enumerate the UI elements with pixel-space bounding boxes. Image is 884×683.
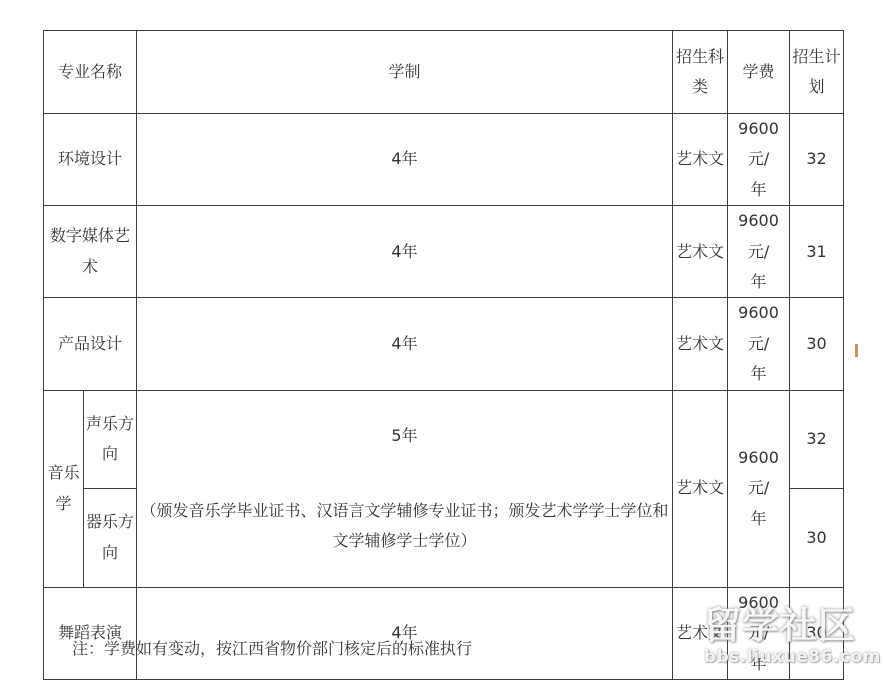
col-header-tuition: 学费 [728, 31, 790, 114]
cell-duration: 4年 [137, 587, 673, 679]
cell-category: 艺术文 [673, 206, 728, 298]
cell-plan: 30 [790, 298, 844, 390]
cell-major: 环境设计 [44, 114, 137, 206]
cell-category: 艺术文 [673, 587, 728, 679]
cell-plan: 30 [790, 587, 844, 679]
cell-category: 艺术文 [673, 298, 728, 390]
cell-tuition: 9600元/ 年 [728, 298, 790, 390]
table-row: 数字媒体艺 术 4年 艺术文 9600元/ 年 31 [44, 206, 844, 298]
col-header-duration: 学制 [137, 31, 673, 114]
cell-tuition: 9600元/ 年 [728, 390, 790, 587]
admissions-table: 专业名称 学制 招生科 类 学费 招生计 划 环境设计 4年 艺术文 9600元… [43, 30, 844, 680]
duration-note: （颁发音乐学毕业证书、汉语言文学辅修专业证书；颁发艺术学学士学位和 文学辅修学士… [139, 496, 670, 557]
cell-tuition: 9600元/ 年 [728, 114, 790, 206]
header-row: 专业名称 学制 招生科 类 学费 招生计 划 [44, 31, 844, 114]
cell-duration: 4年 [137, 298, 673, 390]
cell-major-group: 音乐 学 [44, 390, 84, 587]
cell-plan: 32 [790, 114, 844, 206]
cell-category: 艺术文 [673, 390, 728, 587]
table-row: 音乐 学 声乐方 向 5年 （颁发音乐学毕业证书、汉语言文学辅修专业证书；颁发艺… [44, 390, 844, 488]
cell-tuition: 9600元/ 年 [728, 206, 790, 298]
edge-artifact [855, 344, 858, 357]
table-row: 舞蹈表演 4年 艺术文 9600元/ 年 30 [44, 587, 844, 679]
footnote: 注：学费如有变动，按江西省物价部门核定后的标准执行 [72, 638, 472, 660]
cell-direction: 器乐方 向 [84, 488, 137, 587]
table-row: 环境设计 4年 艺术文 9600元/ 年 32 [44, 114, 844, 206]
cell-plan: 30 [790, 488, 844, 587]
cell-duration: 4年 [137, 206, 673, 298]
cell-tuition: 9600元/ 年 [728, 587, 790, 679]
cell-category: 艺术文 [673, 114, 728, 206]
duration-years: 5年 [139, 421, 670, 451]
cell-plan: 31 [790, 206, 844, 298]
cell-major: 数字媒体艺 术 [44, 206, 137, 298]
cell-major: 舞蹈表演 [44, 587, 137, 679]
table-row: 产品设计 4年 艺术文 9600元/ 年 30 [44, 298, 844, 390]
cell-duration: 4年 [137, 114, 673, 206]
col-header-plan-link[interactable]: 招生计 划 [790, 31, 844, 114]
col-header-category: 招生科 类 [673, 31, 728, 114]
cell-direction: 声乐方 向 [84, 390, 137, 488]
col-header-major: 专业名称 [44, 31, 137, 114]
cell-duration: 5年 （颁发音乐学毕业证书、汉语言文学辅修专业证书；颁发艺术学学士学位和 文学辅… [137, 390, 673, 587]
cell-plan: 32 [790, 390, 844, 488]
cell-major: 产品设计 [44, 298, 137, 390]
